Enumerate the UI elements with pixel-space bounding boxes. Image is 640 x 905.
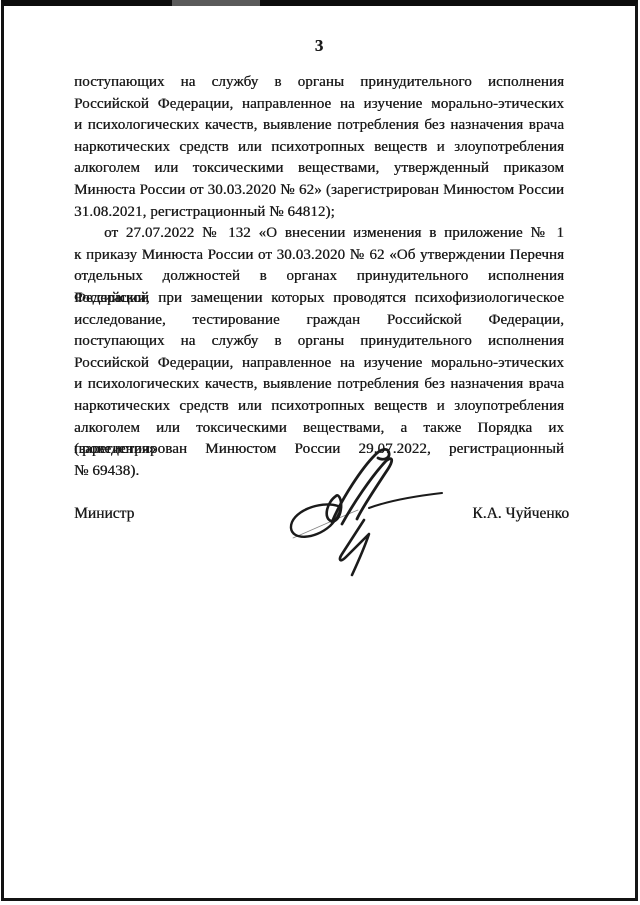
text-line: Российской Федерации, направленное на из… [74,353,564,375]
text-line: 31.08.2021, регистрационный № 64812); [74,202,564,224]
text-line: и психологических качеств, выявление пот… [74,115,564,137]
text-line: поступающих на службу в органы принудите… [74,331,564,353]
document-text: поступающих на службу в органы принудите… [74,72,564,482]
text-line: к приказу Минюста России от 30.03.2020 №… [74,245,564,267]
paragraph-order-62: поступающих на службу в органы принудите… [74,72,564,223]
text-line: алкоголем или токсическими веществами, у… [74,158,564,180]
signature-block: Министр К.А. Чуйченко [74,505,569,523]
minister-name: К.А. Чуйченко [472,505,569,523]
text-line: отдельных должностей в органах принудите… [74,266,564,288]
text-line: и психологических качеств, выявление пот… [74,374,564,396]
text-line: поступающих на службу в органы принудите… [74,72,564,94]
text-line: исследование, тестирование граждан Росси… [74,310,564,332]
text-line: Российской Федерации, направленное на из… [74,94,564,116]
text-line: наркотических средств или психотропных в… [74,137,564,159]
scanned-page: 3 поступающих на службу в органы принуди… [1,0,638,901]
minister-role-label: Министр [74,505,134,523]
text-line: Федерации, при замещении которых проводя… [74,288,564,310]
scan-artifact [172,0,260,6]
text-line: от 27.07.2022 № 132 «О внесении изменени… [74,223,564,245]
page-number: 3 [74,36,564,56]
text-line: алкоголем или токсическими веществами, а… [74,418,564,440]
text-line: наркотических средств или психотропных в… [74,396,564,418]
text-line: Минюста России от 30.03.2020 № 62» (заре… [74,180,564,202]
